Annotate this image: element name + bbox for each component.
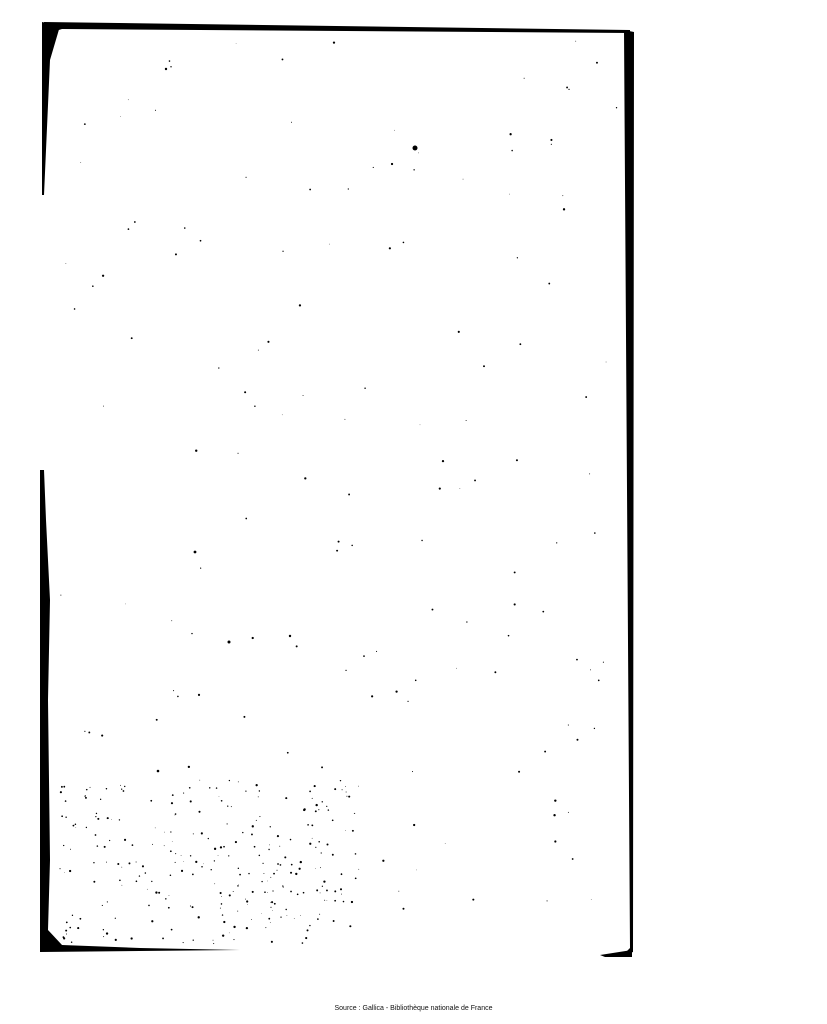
page-edges (40, 22, 634, 957)
scanned-page (0, 0, 827, 1024)
source-caption: Source : Gallica - Bibliothèque national… (0, 1005, 827, 1012)
scan-speckles (59, 41, 617, 944)
